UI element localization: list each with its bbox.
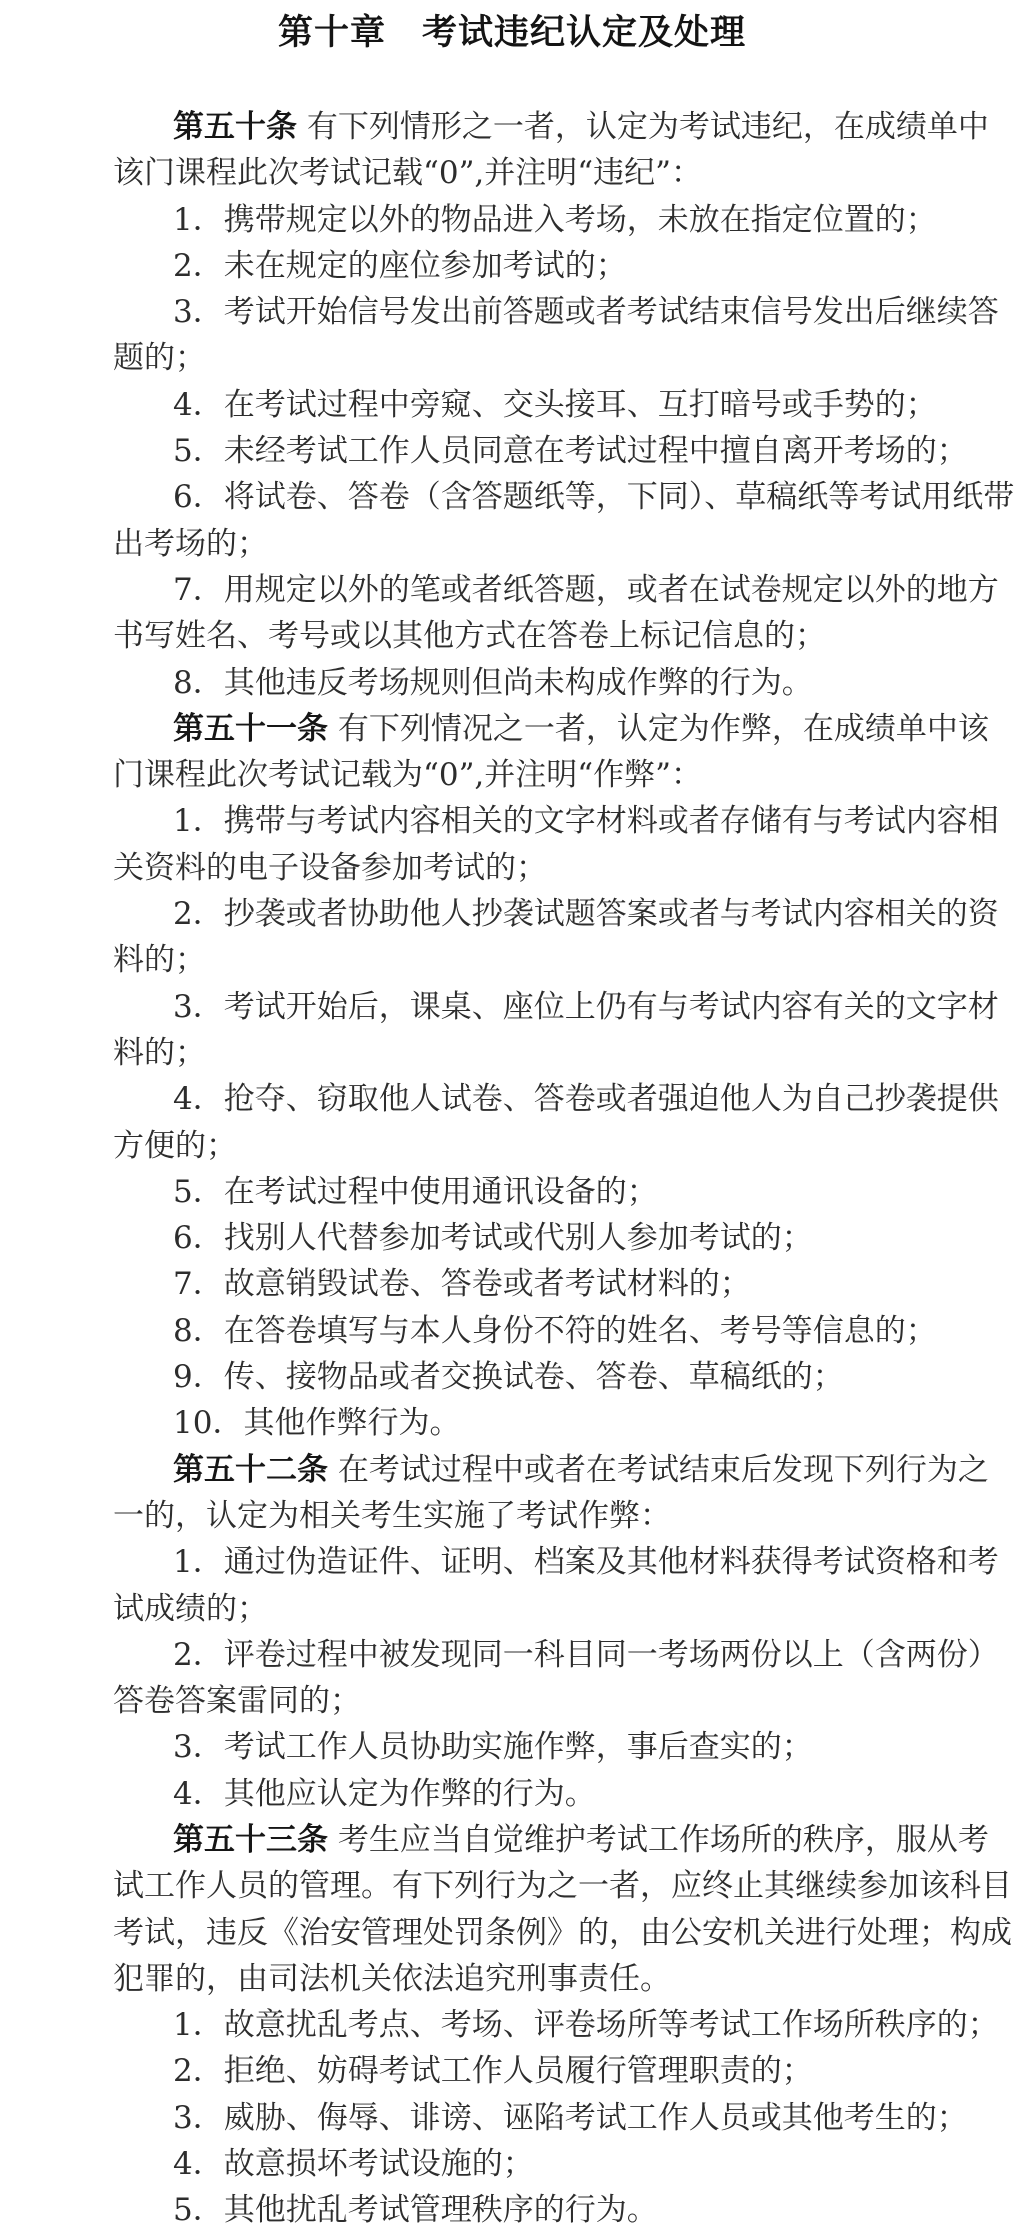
text-line: 8．其他违反考场规则但尚未构成作弊的行为。 bbox=[113, 660, 993, 706]
text-line: 门课程此次考试记载为“0”,并注明“作弊”： bbox=[113, 752, 993, 798]
line-text: 考生应当自觉维护考试工作场所的秩序，服从考 bbox=[328, 1822, 989, 1858]
text-line: 7．故意销毁试卷、答卷或者考试材料的； bbox=[113, 1261, 993, 1307]
line-text: 有下列情况之一者，认定为作弊，在成绩单中该 bbox=[328, 711, 989, 747]
line-text: 关资料的电子设备参加考试的； bbox=[113, 850, 547, 886]
line-text: 7．故意销毁试卷、答卷或者考试材料的； bbox=[173, 1266, 751, 1302]
line-text: 4．故意损坏考试设施的； bbox=[173, 2146, 534, 2182]
article-line: 第五十条 有下列情形之一者，认定为考试违纪，在成绩单中 bbox=[113, 104, 993, 150]
text-line: 出考场的； bbox=[113, 521, 993, 567]
article-line: 第五十一条 有下列情况之一者，认定为作弊，在成绩单中该 bbox=[113, 706, 993, 752]
line-text: 试成绩的； bbox=[113, 1591, 268, 1627]
text-line: 关资料的电子设备参加考试的； bbox=[113, 845, 993, 891]
line-text: 2．抄袭或者协助他人抄袭试题答案或者与考试内容相关的资 bbox=[173, 896, 999, 932]
text-line: 6．将试卷、答卷（含答题纸等，下同）、草稿纸等考试用纸带 bbox=[113, 474, 993, 520]
text-line: 5．在考试过程中使用通讯设备的； bbox=[113, 1169, 993, 1215]
line-text: 5．未经考试工作人员同意在考试过程中擅自离开考场的； bbox=[173, 433, 968, 469]
chapter-title: 第十章 考试违纪认定及处理 bbox=[0, 10, 1024, 56]
line-text: 8．其他违反考场规则但尚未构成作弊的行为。 bbox=[173, 665, 813, 701]
article-line: 第五十三条 考生应当自觉维护考试工作场所的秩序，服从考 bbox=[113, 1817, 993, 1863]
line-text: 4．抢夺、窃取他人试卷、答卷或者强迫他人为自己抄袭提供 bbox=[173, 1081, 999, 1117]
text-line: 试成绩的； bbox=[113, 1586, 993, 1632]
line-text: 3．考试开始后，课桌、座位上仍有与考试内容有关的文字材 bbox=[173, 989, 999, 1025]
text-line: 1．通过伪造证件、证明、档案及其他材料获得考试资格和考 bbox=[113, 1539, 993, 1585]
line-text: 试工作人员的管理。有下列行为之一者，应终止其继续参加该科目 bbox=[113, 1868, 1012, 1904]
line-text: 2．拒绝、妨碍考试工作人员履行管理职责的； bbox=[173, 2053, 813, 2089]
line-text: 10．其他作弊行为。 bbox=[173, 1405, 460, 1441]
text-line: 7．用规定以外的笔或者纸答题，或者在试卷规定以外的地方 bbox=[113, 567, 993, 613]
line-text: 该门课程此次考试记载“0”,并注明“违纪”： bbox=[113, 155, 702, 191]
article-number: 第五十三条 bbox=[173, 1822, 328, 1858]
text-line: 料的； bbox=[113, 937, 993, 983]
document-body: 第五十条 有下列情形之一者，认定为考试违纪，在成绩单中该门课程此次考试记载“0”… bbox=[113, 104, 993, 2234]
text-line: 4．故意损坏考试设施的； bbox=[113, 2141, 993, 2187]
article-number: 第五十条 bbox=[173, 109, 297, 145]
line-text: 料的； bbox=[113, 1035, 206, 1071]
line-text: 5．其他扰乱考试管理秩序的行为。 bbox=[173, 2192, 658, 2228]
line-text: 门课程此次考试记载为“0”,并注明“作弊”： bbox=[113, 757, 702, 793]
text-line: 一的，认定为相关考生实施了考试作弊： bbox=[113, 1493, 993, 1539]
text-line: 方便的； bbox=[113, 1123, 993, 1169]
text-line: 4．在考试过程中旁窥、交头接耳、互打暗号或手势的； bbox=[113, 382, 993, 428]
text-line: 2．抄袭或者协助他人抄袭试题答案或者与考试内容相关的资 bbox=[113, 891, 993, 937]
line-text: 8．在答卷填写与本人身份不符的姓名、考号等信息的； bbox=[173, 1313, 937, 1349]
text-line: 4．抢夺、窃取他人试卷、答卷或者强迫他人为自己抄袭提供 bbox=[113, 1076, 993, 1122]
text-line: 2．未在规定的座位参加考试的； bbox=[113, 243, 993, 289]
line-text: 6．找别人代替参加考试或代别人参加考试的； bbox=[173, 1220, 813, 1256]
line-text: 2．未在规定的座位参加考试的； bbox=[173, 248, 627, 284]
line-text: 3．考试开始信号发出前答题或者考试结束信号发出后继续答 bbox=[173, 294, 999, 330]
text-line: 3．考试工作人员协助实施作弊，事后查实的； bbox=[113, 1724, 993, 1770]
text-line: 1．故意扰乱考点、考场、评卷场所等考试工作场所秩序的； bbox=[113, 2002, 993, 2048]
text-line: 5．其他扰乱考试管理秩序的行为。 bbox=[113, 2187, 993, 2233]
line-text: 1．通过伪造证件、证明、档案及其他材料获得考试资格和考 bbox=[173, 1544, 999, 1580]
text-line: 2．拒绝、妨碍考试工作人员履行管理职责的； bbox=[113, 2048, 993, 2094]
line-text: 1．故意扰乱考点、考场、评卷场所等考试工作场所秩序的； bbox=[173, 2007, 999, 2043]
text-line: 该门课程此次考试记载“0”,并注明“违纪”： bbox=[113, 150, 993, 196]
line-text: 4．其他应认定为作弊的行为。 bbox=[173, 1776, 596, 1812]
article-line: 第五十二条 在考试过程中或者在考试结束后发现下列行为之 bbox=[113, 1447, 993, 1493]
article-number: 第五十二条 bbox=[173, 1452, 328, 1488]
line-text: 3．威胁、侮辱、诽谤、诬陷考试工作人员或其他考生的； bbox=[173, 2100, 968, 2136]
text-line: 9．传、接物品或者交换试卷、答卷、草稿纸的； bbox=[113, 1354, 993, 1400]
line-text: 书写姓名、考号或以其他方式在答卷上标记信息的； bbox=[113, 618, 826, 654]
line-text: 2．评卷过程中被发现同一科目同一考场两份以上（含两份） bbox=[173, 1637, 999, 1673]
text-line: 3．考试开始后，课桌、座位上仍有与考试内容有关的文字材 bbox=[113, 984, 993, 1030]
text-line: 考试，违反《治安管理处罚条例》的，由公安机关进行处理；构成 bbox=[113, 1910, 993, 1956]
text-line: 1．携带与考试内容相关的文字材料或者存储有与考试内容相 bbox=[113, 798, 993, 844]
line-text: 4．在考试过程中旁窥、交头接耳、互打暗号或手势的； bbox=[173, 387, 937, 423]
line-text: 题的； bbox=[113, 340, 206, 376]
text-line: 题的； bbox=[113, 335, 993, 381]
line-text: 1．携带规定以外的物品进入考场，未放在指定位置的； bbox=[173, 202, 937, 238]
text-line: 6．找别人代替参加考试或代别人参加考试的； bbox=[113, 1215, 993, 1261]
text-line: 答卷答案雷同的； bbox=[113, 1678, 993, 1724]
text-line: 犯罪的，由司法机关依法追究刑事责任。 bbox=[113, 1956, 993, 2002]
text-line: 2．评卷过程中被发现同一科目同一考场两份以上（含两份） bbox=[113, 1632, 993, 1678]
text-line: 料的； bbox=[113, 1030, 993, 1076]
article-number: 第五十一条 bbox=[173, 711, 328, 747]
line-text: 3．考试工作人员协助实施作弊，事后查实的； bbox=[173, 1729, 813, 1765]
line-text: 5．在考试过程中使用通讯设备的； bbox=[173, 1174, 658, 1210]
text-line: 8．在答卷填写与本人身份不符的姓名、考号等信息的； bbox=[113, 1308, 993, 1354]
line-text: 料的； bbox=[113, 942, 206, 978]
text-line: 5．未经考试工作人员同意在考试过程中擅自离开考场的； bbox=[113, 428, 993, 474]
line-text: 1．携带与考试内容相关的文字材料或者存储有与考试内容相 bbox=[173, 803, 999, 839]
text-line: 试工作人员的管理。有下列行为之一者，应终止其继续参加该科目 bbox=[113, 1863, 993, 1909]
text-line: 1．携带规定以外的物品进入考场，未放在指定位置的； bbox=[113, 197, 993, 243]
line-text: 7．用规定以外的笔或者纸答题，或者在试卷规定以外的地方 bbox=[173, 572, 999, 608]
line-text: 出考场的； bbox=[113, 526, 268, 562]
line-text: 6．将试卷、答卷（含答题纸等，下同）、草稿纸等考试用纸带 bbox=[173, 479, 1014, 515]
line-text: 有下列情形之一者，认定为考试违纪，在成绩单中 bbox=[297, 109, 989, 145]
line-text: 答卷答案雷同的； bbox=[113, 1683, 361, 1719]
text-line: 3．考试开始信号发出前答题或者考试结束信号发出后继续答 bbox=[113, 289, 993, 335]
text-line: 书写姓名、考号或以其他方式在答卷上标记信息的； bbox=[113, 613, 993, 659]
line-text: 一的，认定为相关考生实施了考试作弊： bbox=[113, 1498, 671, 1534]
line-text: 方便的； bbox=[113, 1128, 237, 1164]
text-line: 3．威胁、侮辱、诽谤、诬陷考试工作人员或其他考生的； bbox=[113, 2095, 993, 2141]
line-text: 犯罪的，由司法机关依法追究刑事责任。 bbox=[113, 1961, 671, 1997]
line-text: 在考试过程中或者在考试结束后发现下列行为之 bbox=[328, 1452, 989, 1488]
text-line: 4．其他应认定为作弊的行为。 bbox=[113, 1771, 993, 1817]
line-text: 考试，违反《治安管理处罚条例》的，由公安机关进行处理；构成 bbox=[113, 1915, 1012, 1951]
line-text: 9．传、接物品或者交换试卷、答卷、草稿纸的； bbox=[173, 1359, 844, 1395]
document-page: 第十章 考试违纪认定及处理 第五十条 有下列情形之一者，认定为考试违纪，在成绩单… bbox=[0, 0, 1024, 2237]
text-line: 10．其他作弊行为。 bbox=[113, 1400, 993, 1446]
